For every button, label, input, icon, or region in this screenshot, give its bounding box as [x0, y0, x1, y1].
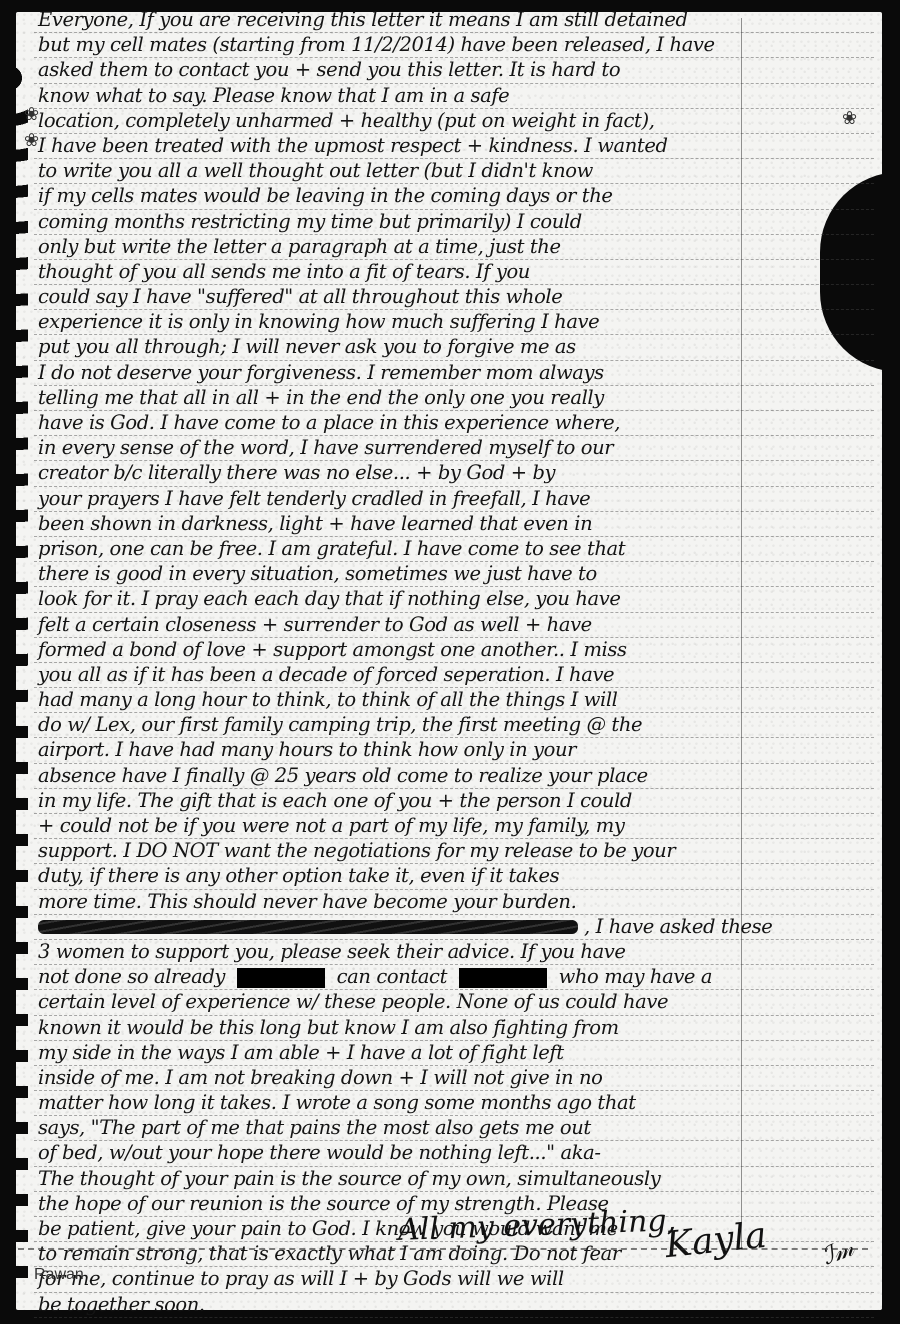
letter-line: felt a certain closeness + surrender to …	[34, 613, 874, 638]
letter-line: of bed, w/out your hope there would be n…	[34, 1141, 874, 1166]
letter-line: not done so already can contact who may …	[34, 965, 874, 990]
letter-line: but my cell mates (starting from 11/2/20…	[34, 33, 874, 58]
scribbled-out-text	[38, 920, 578, 934]
letter-line: support. I DO NOT want the negotiations …	[34, 839, 874, 864]
redaction-box	[459, 968, 547, 988]
closing-phrase: All my everything,	[397, 1203, 676, 1248]
letter-line: Everyone, If you are receiving this lett…	[34, 8, 874, 33]
letter-line: could say I have "suffered" at all throu…	[34, 285, 874, 310]
letter-line: 3 women to support you, please seek thei…	[34, 940, 874, 965]
letter-line: asked them to contact you + send you thi…	[34, 58, 874, 83]
letter-line: , I have asked these	[34, 915, 874, 940]
redaction-box	[237, 968, 325, 988]
letter-line: more time. This should never have become…	[34, 890, 874, 915]
signature: Kayla	[663, 1215, 768, 1266]
letter-line: you all as if it has been a decade of fo…	[34, 663, 874, 688]
letter-line: + could not be if you were not a part of…	[34, 814, 874, 839]
letter-line: in every sense of the word, I have surre…	[34, 436, 874, 461]
letter-line: I have been treated with the upmost resp…	[34, 134, 874, 159]
letter-line: only but write the letter a paragraph at…	[34, 235, 874, 260]
letter-line: known it would be this long but know I a…	[34, 1016, 874, 1041]
letter-line: experience it is only in knowing how muc…	[34, 310, 874, 335]
letter-line: have is God. I have come to a place in t…	[34, 411, 874, 436]
letter-line: in my life. The gift that is each one of…	[34, 789, 874, 814]
footer-rule	[18, 1248, 868, 1251]
letter-line: been shown in darkness, light + have lea…	[34, 512, 874, 537]
letter-line: matter how long it takes. I wrote a song…	[34, 1091, 874, 1116]
letter-line: absence have I finally @ 25 years old co…	[34, 764, 874, 789]
footer-label: Rawan	[34, 1266, 84, 1284]
letter-line: certain level of experience w/ these peo…	[34, 990, 874, 1015]
letter-line: look for it. I pray each each day that i…	[34, 587, 874, 612]
signature-area: All my everything, Kayla ℐ𝓂 Rawan	[0, 1186, 900, 1306]
letter-line: inside of me. I am not breaking down + I…	[34, 1066, 874, 1091]
letter-line: location, completely unharmed + healthy …	[34, 109, 874, 134]
letter-line: put you all through; I will never ask yo…	[34, 335, 874, 360]
letter-line: my side in the ways I am able + I have a…	[34, 1041, 874, 1066]
letter-line: know what to say. Please know that I am …	[34, 84, 874, 109]
letter-line: formed a bond of love + support amongst …	[34, 638, 874, 663]
letter-line: to write you all a well thought out lett…	[34, 159, 874, 184]
letter-line: had many a long hour to think, to think …	[34, 688, 874, 713]
letter-line: telling me that all in all + in the end …	[34, 386, 874, 411]
torn-left-edge	[10, 60, 28, 1290]
letter-line: says, "The part of me that pains the mos…	[34, 1116, 874, 1141]
letter-line: if my cells mates would be leaving in th…	[34, 184, 874, 209]
letter-line: prison, one can be free. I am grateful. …	[34, 537, 874, 562]
letter-line: do w/ Lex, our first family camping trip…	[34, 713, 874, 738]
initials-mark: ℐ𝓂	[818, 1233, 857, 1270]
letter-line: your prayers I have felt tenderly cradle…	[34, 487, 874, 512]
letter-line: coming months restricting my time but pr…	[34, 210, 874, 235]
letter-line: airport. I have had many hours to think …	[34, 738, 874, 763]
letter-line: duty, if there is any other option take …	[34, 864, 874, 889]
letter-line: thought of you all sends me into a fit o…	[34, 260, 874, 285]
letter-line: there is good in every situation, someti…	[34, 562, 874, 587]
letter-line: I do not deserve your forgiveness. I rem…	[34, 361, 874, 386]
letter-line: creator b/c literally there was no else.…	[34, 461, 874, 486]
letter-body: Everyone, If you are receiving this lett…	[34, 8, 874, 1318]
